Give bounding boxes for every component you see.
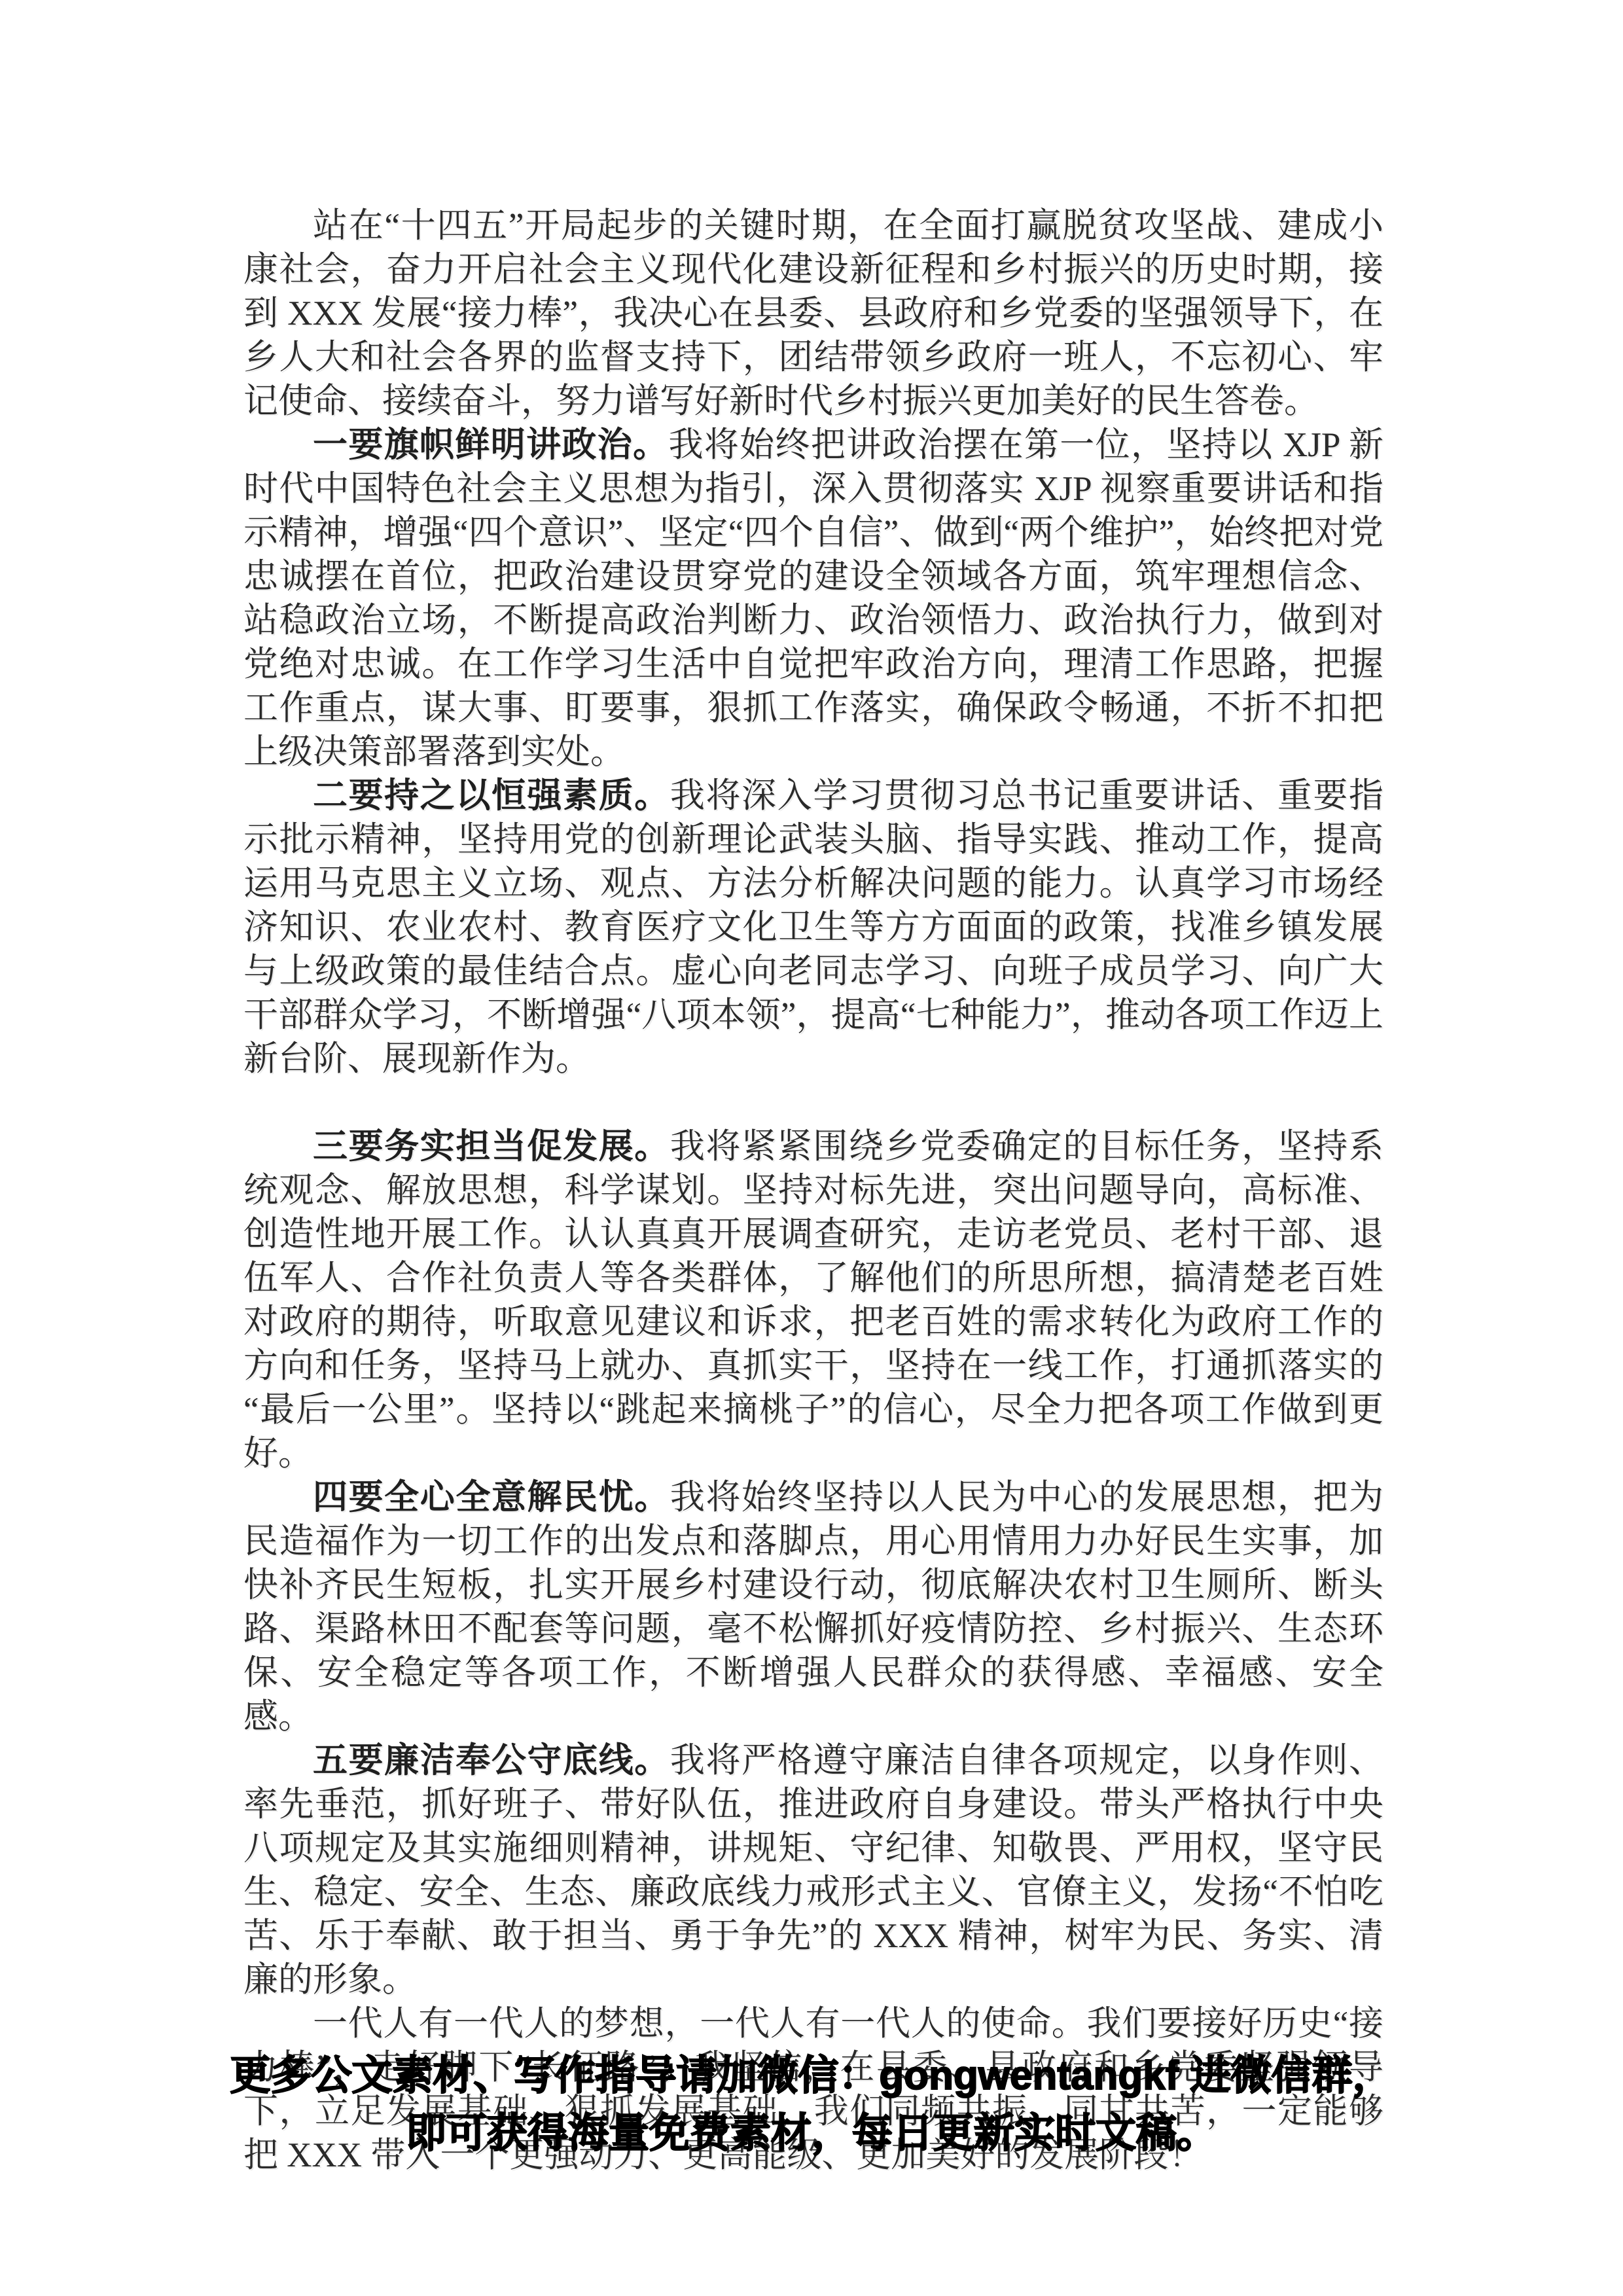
paragraph: 一要旗帜鲜明讲政治。我将始终把讲政治摆在第一位，坚持以 XJP 新时代中国特色社… <box>243 423 1383 774</box>
paragraph-bold-lead: 四要全心全意解民忧。 <box>313 1479 670 1516</box>
document-body: 站在“十四五”开局起步的关键时期，在全面打赢脱贫攻坚战、建成小康社会，奋力开启社… <box>243 204 1383 2178</box>
footer-promo-line-2: 即可获得海量免费素材，每日更新实时文稿。 <box>0 2105 1623 2162</box>
footer-promo-line-1: 更多公文素材、写作指导请加微信：gongwentangkf 进微信群， <box>0 2047 1623 2105</box>
document-footer: 更多公文素材、写作指导请加微信：gongwentangkf 进微信群， 即可获得… <box>0 2047 1623 2162</box>
paragraph: 五要廉洁奉公守底线。我将严格遵守廉洁自律各项规定，以身作则、率先垂范，抓好班子、… <box>243 1739 1383 2002</box>
paragraph: 二要持之以恒强素质。我将深入学习贯彻习总书记重要讲话、重要指示批示精神，坚持用党… <box>243 774 1383 1081</box>
paragraph-bold-lead: 一要旗帜鲜明讲政治。 <box>313 426 668 464</box>
paragraph-bold-lead: 二要持之以恒强素质。 <box>313 777 670 815</box>
paragraph-bold-lead: 三要务实担当促发展。 <box>313 1128 670 1166</box>
paragraph-bold-lead: 五要廉洁奉公守底线。 <box>313 1742 670 1780</box>
paragraph: 三要务实担当促发展。我将紧紧围绕乡党委确定的目标任务，坚持系统观念、解放思想，科… <box>243 1125 1383 1476</box>
paragraph: 四要全心全意解民忧。我将始终坚持以人民为中心的发展思想，把为民造福作为一切工作的… <box>243 1476 1383 1739</box>
paragraph: 站在“十四五”开局起步的关键时期，在全面打赢脱贫攻坚战、建成小康社会，奋力开启社… <box>243 204 1383 423</box>
document-page: 站在“十四五”开局起步的关键时期，在全面打赢脱贫攻坚战、建成小康社会，奋力开启社… <box>0 0 1623 2296</box>
